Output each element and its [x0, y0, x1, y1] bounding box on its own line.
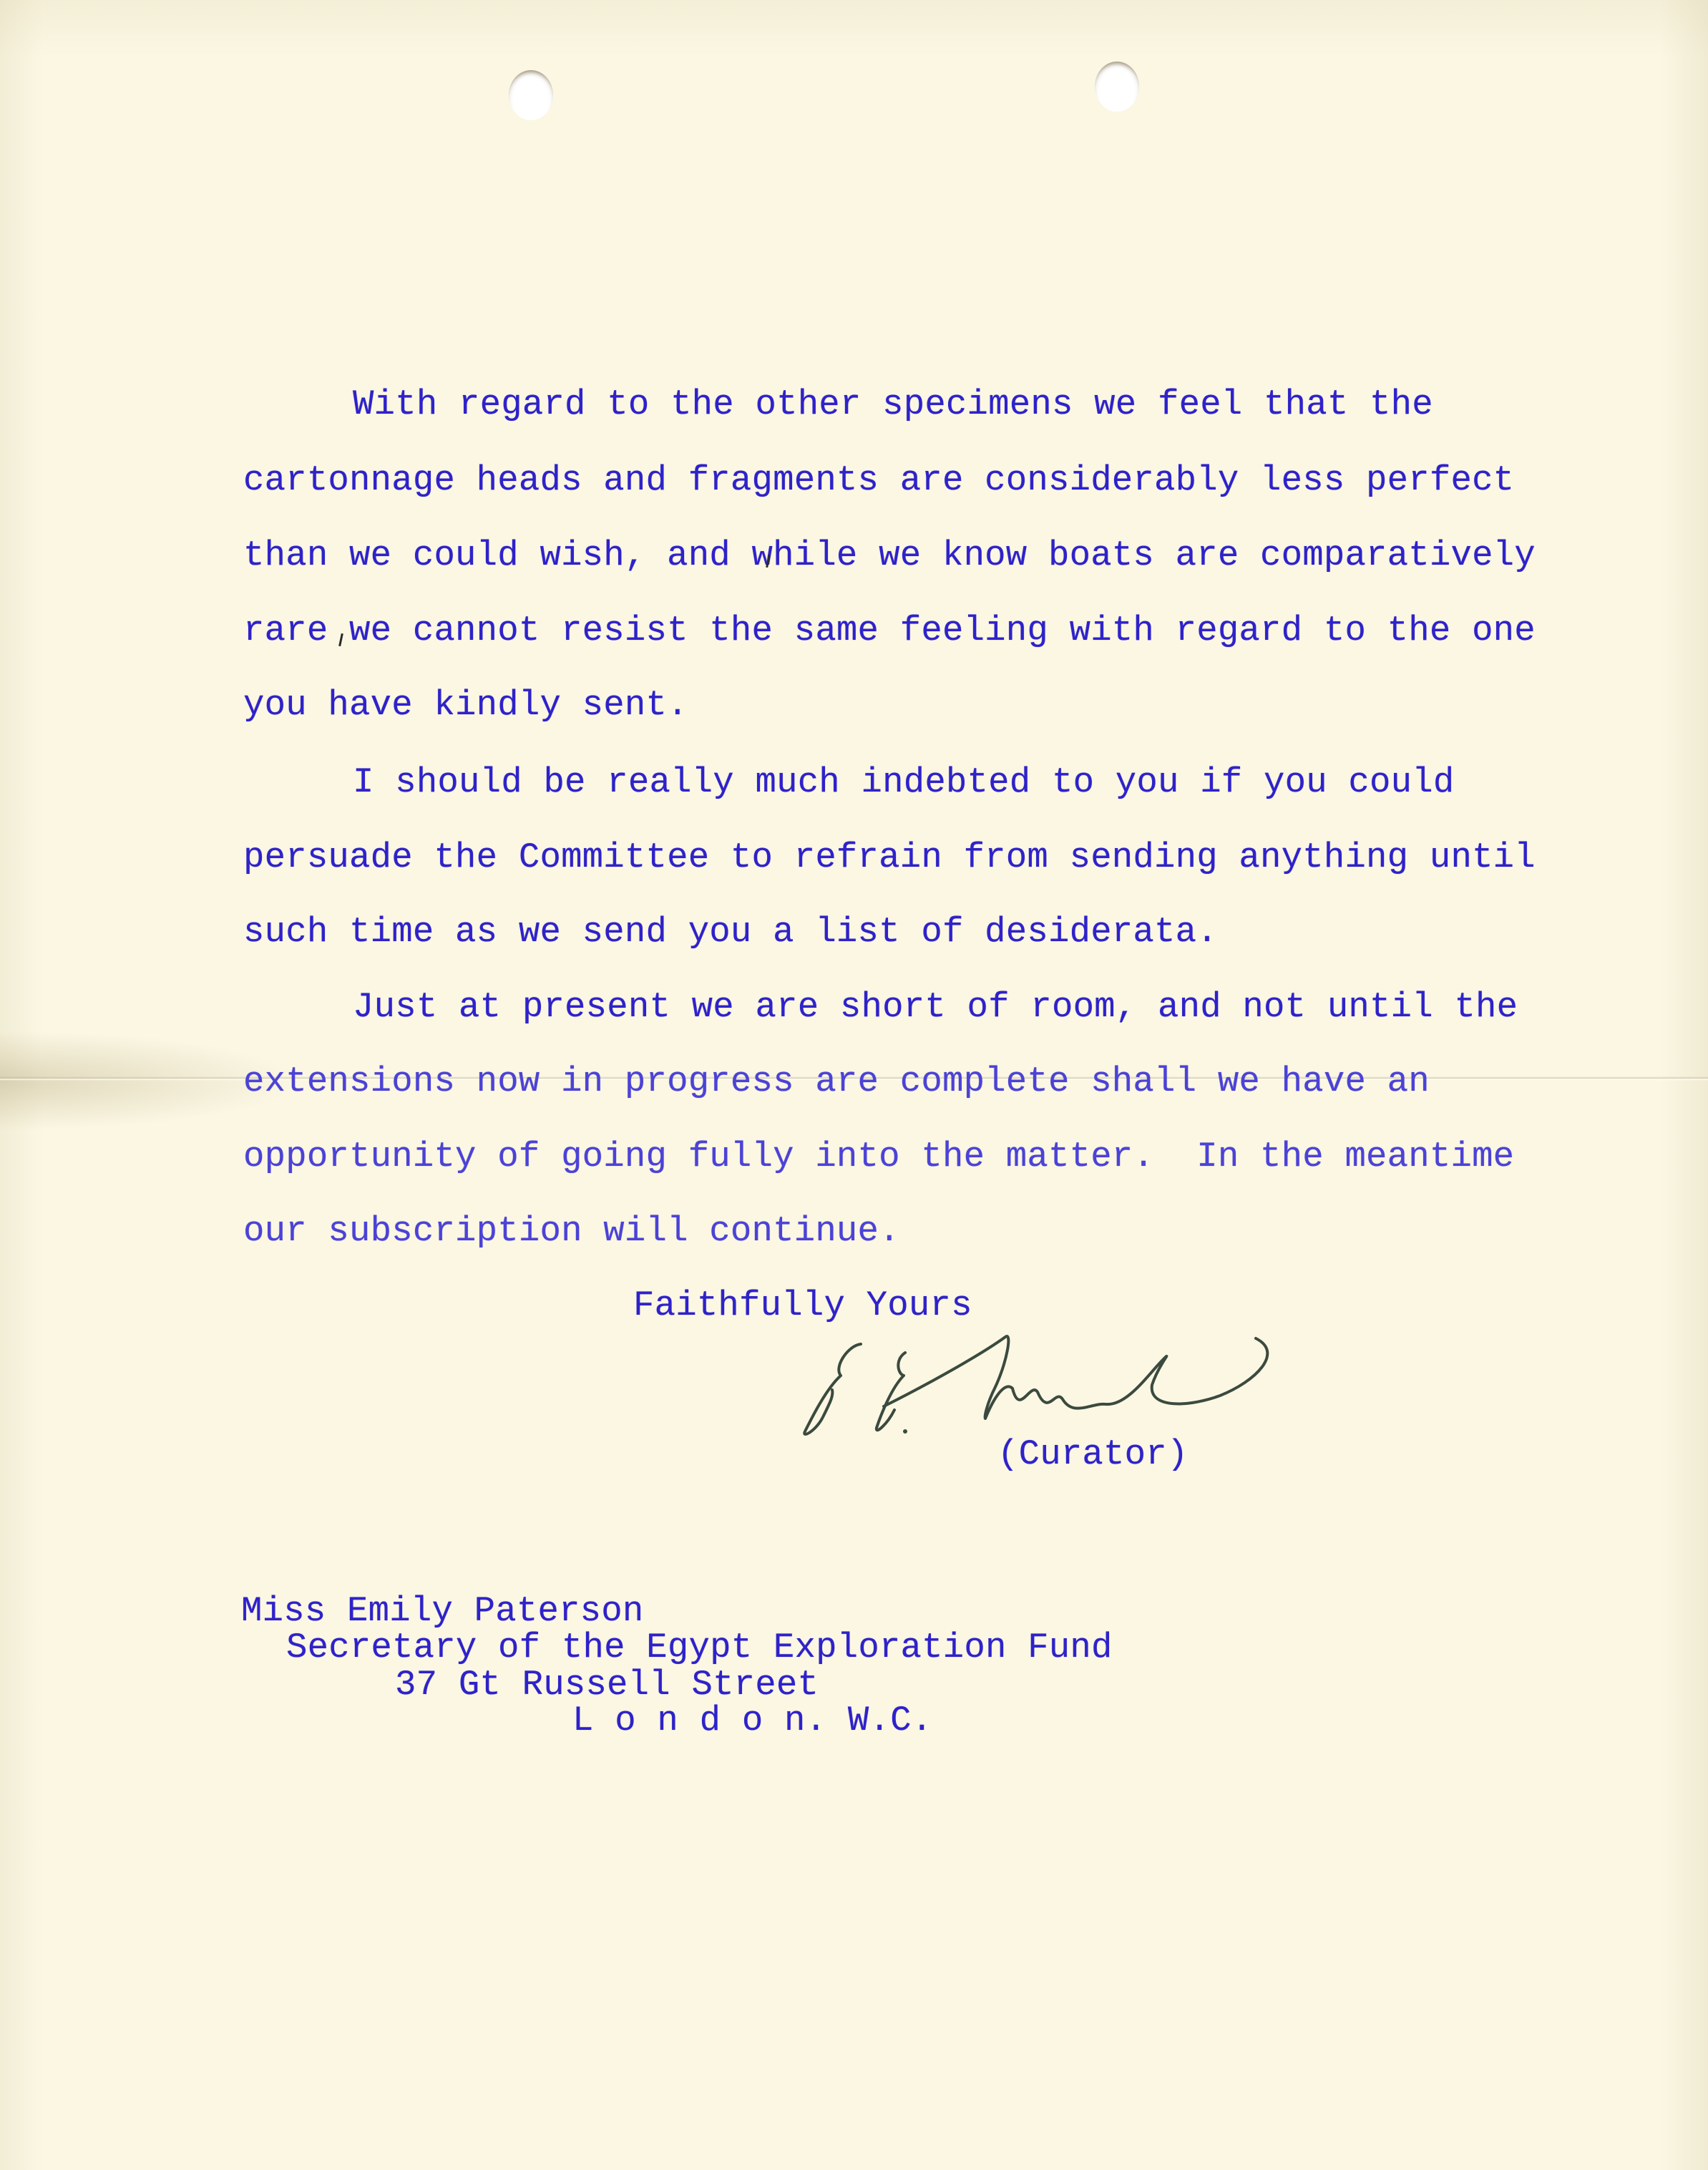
body-line: I should be really much indebted to you …	[353, 765, 1454, 800]
body-line: persuade the Committee to refrain from s…	[243, 840, 1536, 875]
body-line: rare we cannot resist the same feeling w…	[243, 613, 1536, 648]
body-line: our subscription will continue.	[243, 1214, 900, 1249]
body-line: Just at present we are short of room, an…	[353, 990, 1518, 1025]
recipient-city: L o n d o n. W.C.	[572, 1703, 932, 1738]
body-line: such time as we send you a list of desid…	[243, 915, 1218, 950]
punch-hole-right	[1095, 62, 1139, 112]
letter-page: With regard to the other specimens we fe…	[0, 0, 1708, 2170]
body-line: With regard to the other specimens we fe…	[353, 387, 1433, 422]
recipient-title: Secretary of the Egypt Exploration Fund	[286, 1630, 1113, 1665]
handwritten-signature	[791, 1324, 1277, 1439]
body-line: you have kindly sent.	[243, 688, 688, 723]
signatory-title: (Curator)	[997, 1437, 1188, 1472]
recipient-street: 37 Gt Russell Street	[395, 1668, 819, 1703]
body-line: opportunity of going fully into the matt…	[243, 1139, 1514, 1174]
punch-hole-left	[509, 70, 553, 120]
recipient-name: Miss Emily Paterson	[241, 1594, 644, 1629]
body-line: extensions now in progress are complete …	[243, 1064, 1430, 1099]
body-line: than we could wish, and while we know bo…	[243, 538, 1536, 573]
closing-salutation: Faithfully Yours	[633, 1288, 972, 1323]
body-line: cartonnage heads and fragments are consi…	[243, 463, 1514, 498]
